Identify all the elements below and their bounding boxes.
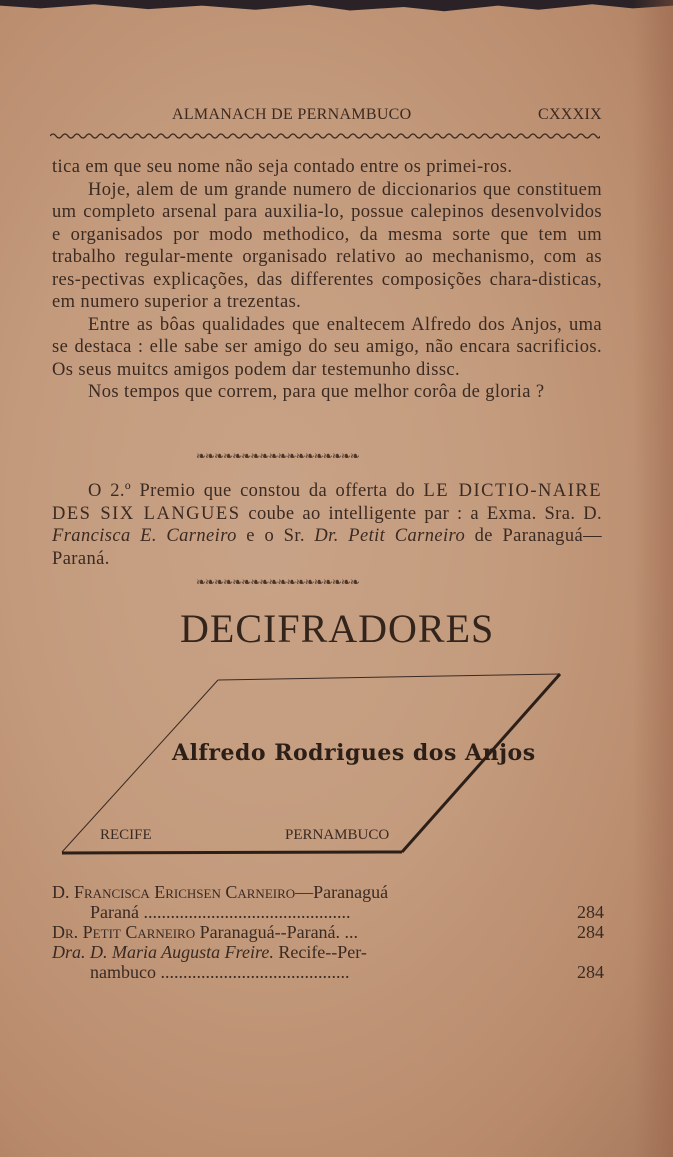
page-number: CXXXIX	[538, 106, 602, 124]
page-ref: 284	[564, 902, 604, 922]
page-ref: 284	[564, 922, 604, 942]
list-item: D. Francisca Erichsen Carneiro—Paranaguá	[52, 882, 604, 902]
card-city: RECIFE	[100, 827, 152, 844]
decipherers-list: D. Francisca Erichsen Carneiro—Paranaguá…	[52, 882, 604, 982]
page-ref: 284	[564, 962, 604, 982]
card-name: Alfredo Rodrigues dos Anjos	[172, 740, 536, 766]
paragraph: Entre as bôas qualidades que enaltecem A…	[52, 314, 602, 382]
paragraph: Nos tempos que correm, para que melhor c…	[52, 381, 602, 404]
page-shadow	[633, 0, 673, 1157]
wavy-rule	[50, 132, 600, 140]
article-body: tica em que seu nome não seja contado en…	[52, 156, 602, 404]
list-item: Dra. D. Maria Augusta Freire. Recife--Pe…	[52, 942, 604, 962]
paragraph: tica em que seu nome não seja contado en…	[52, 156, 602, 179]
page: ALMANACH DE PERNAMBUCO CXXXIX tica em qu…	[0, 0, 673, 1157]
list-item-cont: Paraná .................................…	[52, 902, 604, 922]
header-title: ALMANACH DE PERNAMBUCO	[172, 106, 412, 124]
section-title: DECIFRADORES	[180, 605, 500, 652]
winner-name: Dr. Petit Carneiro	[314, 526, 465, 546]
running-header: ALMANACH DE PERNAMBUCO CXXXIX	[172, 106, 602, 124]
list-item: Dr. Petit Carneiro Paranaguá--Paraná. ..…	[52, 922, 604, 942]
torn-edge	[0, 0, 673, 14]
ornament-divider: ❧❧❧❧❧❧❧❧❧❧❧❧❧❧❧❧❧❧	[196, 575, 359, 589]
card-state: PERNAMBUCO	[285, 827, 389, 844]
winner-name: Francisca E. Carneiro	[52, 526, 237, 546]
paragraph: Hoje, alem de um grande numero de diccio…	[52, 179, 602, 314]
prize-paragraph: O 2.º Premio que constou da offerta do L…	[52, 480, 602, 570]
list-item-cont: nambuco ................................…	[52, 962, 604, 982]
ornament-divider: ❧❧❧❧❧❧❧❧❧❧❧❧❧❧❧❧❧❧	[196, 449, 359, 463]
